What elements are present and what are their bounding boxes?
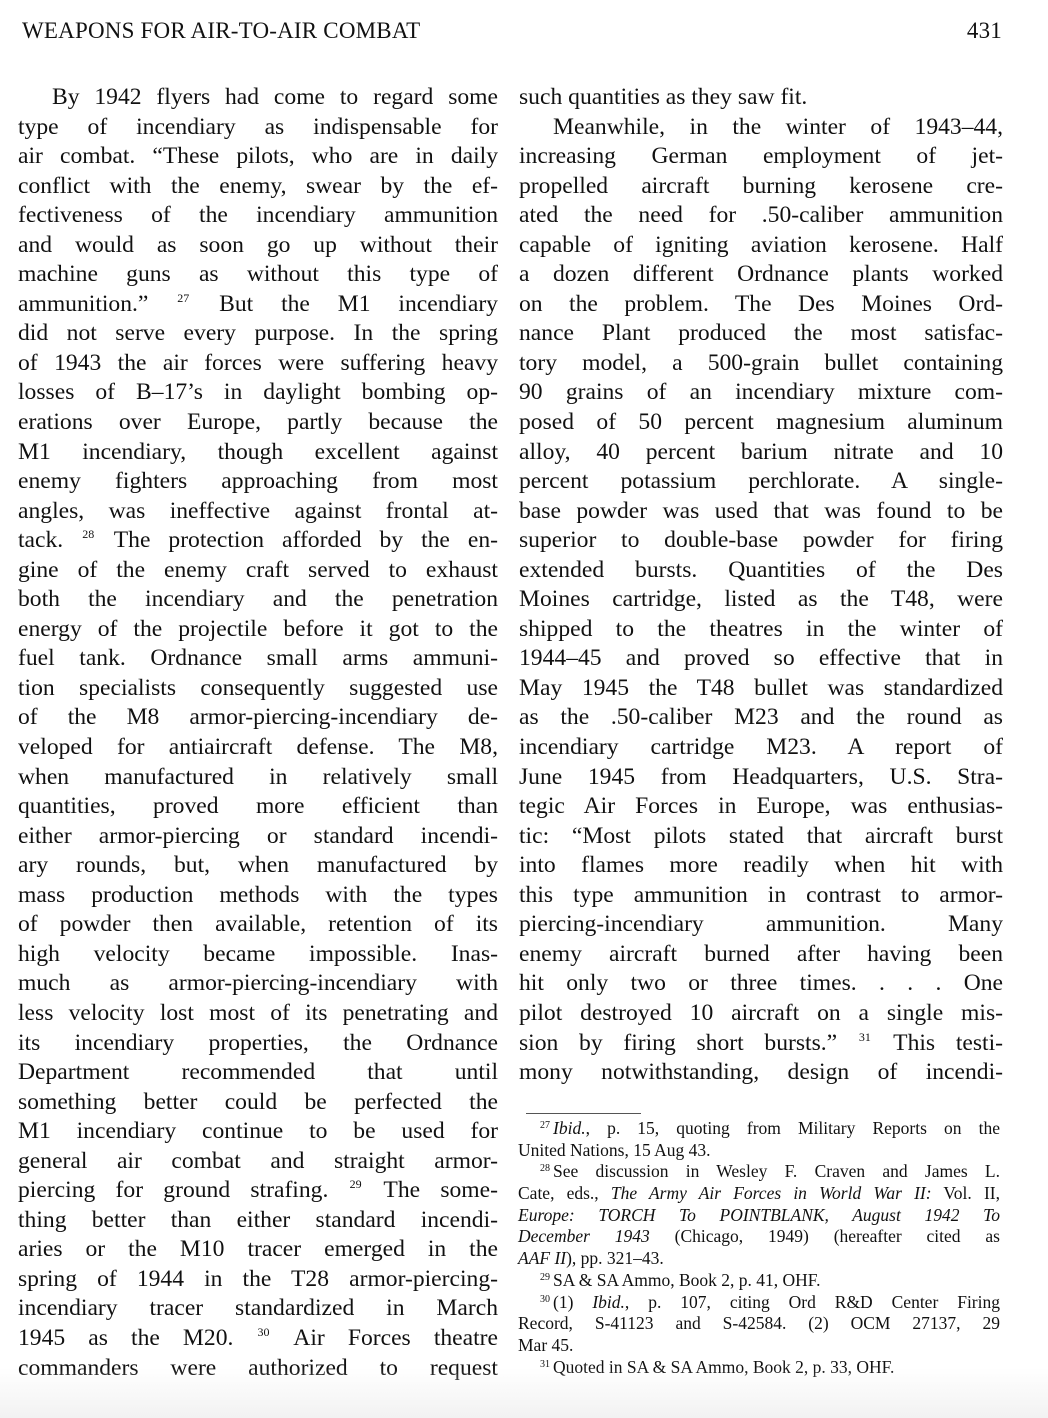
text-line: nance Plant produced the most satisfac- <box>519 319 1003 349</box>
text-line: tory model, a 500-grain bullet containin… <box>519 349 1003 379</box>
text-line: mony notwithstanding, design of incendi- <box>519 1058 1003 1088</box>
text-line: on the problem. The Des Moines Ord- <box>519 290 1003 320</box>
text-line: machine guns as without this type of <box>18 260 498 290</box>
text-line: pilot destroyed 10 aircraft on a single … <box>519 999 1003 1029</box>
text-line: ated the need for .50-caliber ammunition <box>519 201 1003 231</box>
text-line: mass production methods with the types <box>18 881 498 911</box>
text-line: By 1942 flyers had come to regard some <box>18 83 498 113</box>
text-line: into flames more readily when hit with <box>519 851 1003 881</box>
text-line: posed of 50 percent magnesium aluminum <box>519 408 1003 438</box>
text-line: losses of B–17’s in daylight bombing op- <box>18 378 498 408</box>
text-line: May 1945 the T48 bullet was standardized <box>519 674 1003 704</box>
running-head: WEAPONS FOR AIR-TO-AIR COMBAT 431 <box>22 18 1002 50</box>
text-line: much as armor-piercing-incendiary with <box>18 969 498 999</box>
text-line: hit only two or three times. . . . One <box>519 969 1003 999</box>
text-line: ary rounds, but, when manufactured by <box>18 851 498 881</box>
text-line: tion specialists consequently suggested … <box>18 674 498 704</box>
footnotes: 27Ibid., p. 15, quoting from Military Re… <box>518 1118 1000 1378</box>
text-line: June 1945 from Headquarters, U.S. Stra- <box>519 763 1003 793</box>
footnote-number: 31 <box>540 1359 550 1370</box>
footnote-number: 30 <box>540 1294 550 1305</box>
text-line: energy of the projectile before it got t… <box>18 615 498 645</box>
text-line: shipped to the theatres in the winter of <box>519 615 1003 645</box>
text-line: both the incendiary and the penetration <box>18 585 498 615</box>
text-line: of powder then available, retention of i… <box>18 910 498 940</box>
text-line: conflict with the enemy, swear by the ef… <box>18 172 498 202</box>
text-line: such quantities as they saw fit. <box>519 83 1003 113</box>
left-column-text: By 1942 flyers had come to regard somety… <box>18 83 498 1383</box>
text-line: angles, was ineffective against frontal … <box>18 497 498 527</box>
text-line: alloy, 40 percent barium nitrate and 10 <box>519 438 1003 468</box>
text-line: piercing for ground strafing. 29 The som… <box>18 1176 498 1206</box>
text-line: tic: “Most pilots stated that aircraft b… <box>519 822 1003 852</box>
text-line: increasing German employment of jet- <box>519 142 1003 172</box>
text-line: Department recommended that until <box>18 1058 498 1088</box>
text-line: fectiveness of the incendiary ammunition <box>18 201 498 231</box>
text-line: extended bursts. Quantities of the Des <box>519 556 1003 586</box>
text-line: gine of the enemy craft served to exhaus… <box>18 556 498 586</box>
text-line: enemy aircraft burned after having been <box>519 940 1003 970</box>
footnote-line: Europe: TORCH To POINTBLANK, August 1942… <box>518 1205 1000 1227</box>
text-line: fuel tank. Ordnance small arms ammuni- <box>18 644 498 674</box>
text-line: its incendiary properties, the Ordnance <box>18 1029 498 1059</box>
footnote-line: 29SA & SA Ammo, Book 2, p. 41, OHF. <box>518 1270 1000 1292</box>
footnote-line: 30(1) Ibid., p. 107, citing Ord R&D Cent… <box>518 1292 1000 1314</box>
text-line: percent potassium perchlorate. A single- <box>519 467 1003 497</box>
text-line: base powder was used that was found to b… <box>519 497 1003 527</box>
text-line: spring of 1944 in the T28 armor-piercing… <box>18 1265 498 1295</box>
text-line: high velocity became impossible. Inas- <box>18 940 498 970</box>
text-line: ammunition.” 27 But the M1 incendiary <box>18 290 498 320</box>
footnote-reference: 27 <box>177 291 189 305</box>
text-line: piercing-incendiary ammunition. Many <box>519 910 1003 940</box>
text-line: Moines cartridge, listed as the T48, wer… <box>519 585 1003 615</box>
text-line: tegic Air Forces in Europe, was enthusia… <box>519 792 1003 822</box>
text-line: erations over Europe, partly because the <box>18 408 498 438</box>
text-line: 90 grains of an incendiary mixture com- <box>519 378 1003 408</box>
text-line: commanders were authorized to request <box>18 1354 498 1384</box>
text-line: veloped for antiaircraft defense. The M8… <box>18 733 498 763</box>
text-line: a dozen different Ordnance plants worked <box>519 260 1003 290</box>
text-line: M1 incendiary, though excellent against <box>18 438 498 468</box>
footnote-number: 29 <box>540 1272 550 1283</box>
footnote-number: 27 <box>540 1120 550 1131</box>
text-line: less velocity lost most of its penetrati… <box>18 999 498 1029</box>
footnote-separator <box>526 1113 641 1114</box>
text-line: this type ammunition in contrast to armo… <box>519 881 1003 911</box>
footnote-line: Cate, eds., The Army Air Forces in World… <box>518 1183 1000 1205</box>
text-line: propelled aircraft burning kerosene cre- <box>519 172 1003 202</box>
text-line: did not serve every purpose. In the spri… <box>18 319 498 349</box>
text-line: M1 incendiary continue to be used for <box>18 1117 498 1147</box>
text-line: quantities, proved more efficient than <box>18 792 498 822</box>
footnote-reference: 29 <box>350 1177 362 1191</box>
footnote-reference: 28 <box>82 527 94 541</box>
text-line: as the .50-caliber M23 and the round as <box>519 703 1003 733</box>
running-title: WEAPONS FOR AIR-TO-AIR COMBAT <box>22 18 420 44</box>
text-line: something better could be perfected the <box>18 1088 498 1118</box>
text-line: capable of igniting aviation kerosene. H… <box>519 231 1003 261</box>
footnote-number: 28 <box>540 1163 550 1174</box>
footnote-line: 31Quoted in SA & SA Ammo, Book 2, p. 33,… <box>518 1357 1000 1379</box>
text-line: 1945 as the M20. 30 Air Forces theatre <box>18 1324 498 1354</box>
footnote-line: United Nations, 15 Aug 43. <box>518 1140 1000 1162</box>
footnote-line: 28See discussion in Wesley F. Craven and… <box>518 1161 1000 1183</box>
footnote-line: AAF II), pp. 321–43. <box>518 1248 1000 1270</box>
page-number: 431 <box>967 18 1002 44</box>
text-line: incendiary tracer standardized in March <box>18 1294 498 1324</box>
text-line: either armor-piercing or standard incend… <box>18 822 498 852</box>
footnote-reference: 30 <box>258 1325 270 1339</box>
text-line: thing better than either standard incend… <box>18 1206 498 1236</box>
text-line: aries or the M10 tracer emerged in the <box>18 1235 498 1265</box>
text-line: of the M8 armor-piercing-incendiary de- <box>18 703 498 733</box>
text-line: and would as soon go up without their <box>18 231 498 261</box>
footnote-line: December 1943 (Chicago, 1949) (hereafter… <box>518 1226 1000 1248</box>
footnote-reference: 31 <box>859 1030 871 1044</box>
text-line: when manufactured in relatively small <box>18 763 498 793</box>
text-line: sion by firing short bursts.” 31 This te… <box>519 1029 1003 1059</box>
text-line: general air combat and straight armor- <box>18 1147 498 1177</box>
text-line: Meanwhile, in the winter of 1943–44, <box>519 113 1003 143</box>
text-line: air combat. “These pilots, who are in da… <box>18 142 498 172</box>
footnote-line: Record, S-41123 and S-42584. (2) OCM 271… <box>518 1313 1000 1335</box>
right-column-text: such quantities as they saw fit.Meanwhil… <box>519 83 1003 1088</box>
text-line: tack. 28 The protection afforded by the … <box>18 526 498 556</box>
text-line: incendiary cartridge M23. A report of <box>519 733 1003 763</box>
text-line: of 1943 the air forces were suffering he… <box>18 349 498 379</box>
footnote-line: Mar 45. <box>518 1335 1000 1357</box>
text-line: enemy fighters approaching from most <box>18 467 498 497</box>
text-line: type of incendiary as indispensable for <box>18 113 498 143</box>
text-line: superior to double-base powder for firin… <box>519 526 1003 556</box>
footnote-line: 27Ibid., p. 15, quoting from Military Re… <box>518 1118 1000 1140</box>
text-line: 1944–45 and proved so effective that in <box>519 644 1003 674</box>
